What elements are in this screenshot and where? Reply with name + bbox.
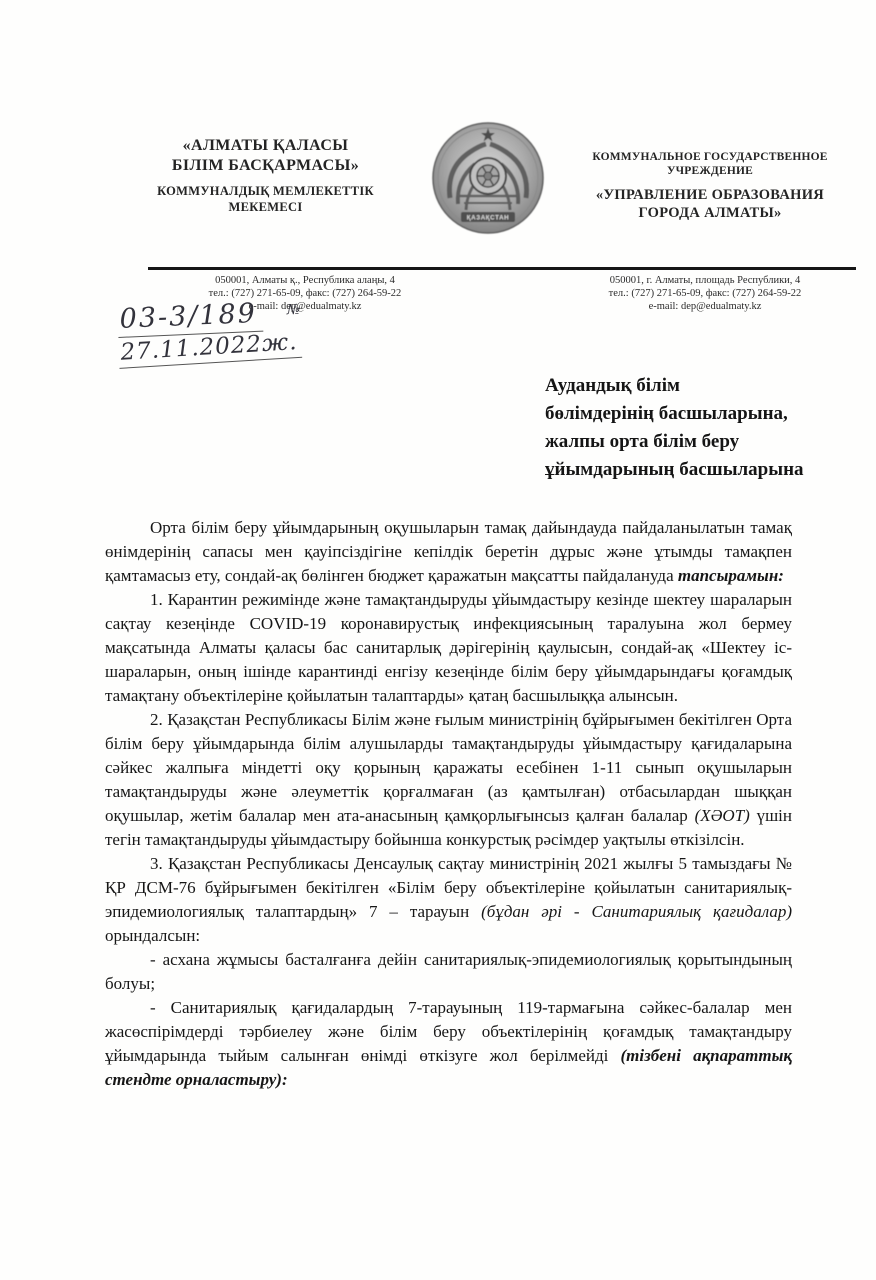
dash-item-1-text: - асхана жұмысы басталғанға дейін санита… [105, 950, 792, 993]
item-3-text-b: орындалсын: [105, 926, 200, 945]
scanned-letter-page: «АЛМАТЫ ҚАЛАСЫ БІЛІМ БАСҚАРМАСЫ» КОММУНА… [0, 0, 876, 1280]
org-name-russian: КОММУНАЛЬНОЕ ГОСУДАРСТВЕННОЕ УЧРЕЖДЕНИЕ … [560, 150, 860, 222]
org-name-russian-line1: «УПРАВЛЕНИЕ ОБРАЗОВАНИЯ [560, 186, 860, 204]
handwritten-reference-line: 03-3/189№27.11.2022ж. [117, 293, 479, 365]
recipient-block: Аудандық білім бөлімдерінің басшыларына,… [545, 372, 875, 484]
item-1-paragraph: 1. Карантин режимінде және тамақтандыруд… [105, 588, 792, 708]
address-russian-line2: тел.: (727) 271-65-09, факс: (727) 264-5… [540, 287, 870, 300]
recipient-line2: бөлімдерінің басшыларына, [545, 400, 875, 428]
recipient-line4: ұйымдарының басшыларына [545, 456, 875, 484]
kazakhstan-coat-of-arms-icon: ҚАЗАҚСТАН [428, 118, 548, 238]
item-2-emphasis: (ХӘОТ) [695, 806, 750, 825]
org-name-kazakh-line2: БІЛІМ БАСҚАРМАСЫ» [128, 156, 403, 176]
item-1-text: 1. Карантин режимінде және тамақтандыруд… [105, 590, 792, 705]
recipient-line1: Аудандық білім [545, 372, 875, 400]
dash-item-2-paragraph: - Санитариялық қағидалардың 7-тарауының … [105, 996, 792, 1092]
item-2-text-a: 2. Қазақстан Республикасы Білім және ғыл… [105, 710, 792, 825]
number-sign: № [287, 302, 301, 318]
org-type-russian-line1: КОММУНАЛЬНОЕ ГОСУДАРСТВЕННОЕ [560, 150, 860, 164]
org-name-russian-line2: ГОРОДА АЛМАТЫ» [560, 204, 860, 222]
emblem-caption: ҚАЗАҚСТАН [467, 215, 509, 222]
intro-emphasis: тапсырамын: [678, 566, 784, 585]
address-block-russian: 050001, г. Алматы, площадь Республики, 4… [540, 274, 870, 313]
org-type-kazakh-line2: МЕКЕМЕСІ [128, 199, 403, 215]
org-name-kazakh-line1: «АЛМАТЫ ҚАЛАСЫ [128, 136, 403, 156]
dash-item-1-paragraph: - асхана жұмысы басталғанға дейін санита… [105, 948, 792, 996]
org-name-kazakh: «АЛМАТЫ ҚАЛАСЫ БІЛІМ БАСҚАРМАСЫ» КОММУНА… [128, 136, 403, 215]
letterhead-divider [148, 267, 856, 270]
address-russian-line3: e-mail: dep@edualmaty.kz [540, 300, 870, 313]
intro-paragraph: Орта білім беру ұйымдарының оқушыларын т… [105, 516, 792, 588]
org-type-russian-line2: УЧРЕЖДЕНИЕ [560, 164, 860, 178]
address-kazakh-line1: 050001, Алматы қ., Республика алаңы, 4 [140, 274, 470, 287]
recipient-line3: жалпы орта білім беру [545, 428, 875, 456]
letter-body: Орта білім беру ұйымдарының оқушыларын т… [105, 516, 792, 1092]
org-type-kazakh-line1: КОММУНАЛДЫҚ МЕМЛЕКЕТТІК [128, 183, 403, 199]
address-russian-line1: 050001, г. Алматы, площадь Республики, 4 [540, 274, 870, 287]
item-3-paragraph: 3. Қазақстан Республикасы Денсаулық сақт… [105, 852, 792, 948]
item-3-emphasis: (бұдан әрі - Санитариялық қағидалар) [481, 902, 792, 921]
item-2-paragraph: 2. Қазақстан Республикасы Білім және ғыл… [105, 708, 792, 852]
